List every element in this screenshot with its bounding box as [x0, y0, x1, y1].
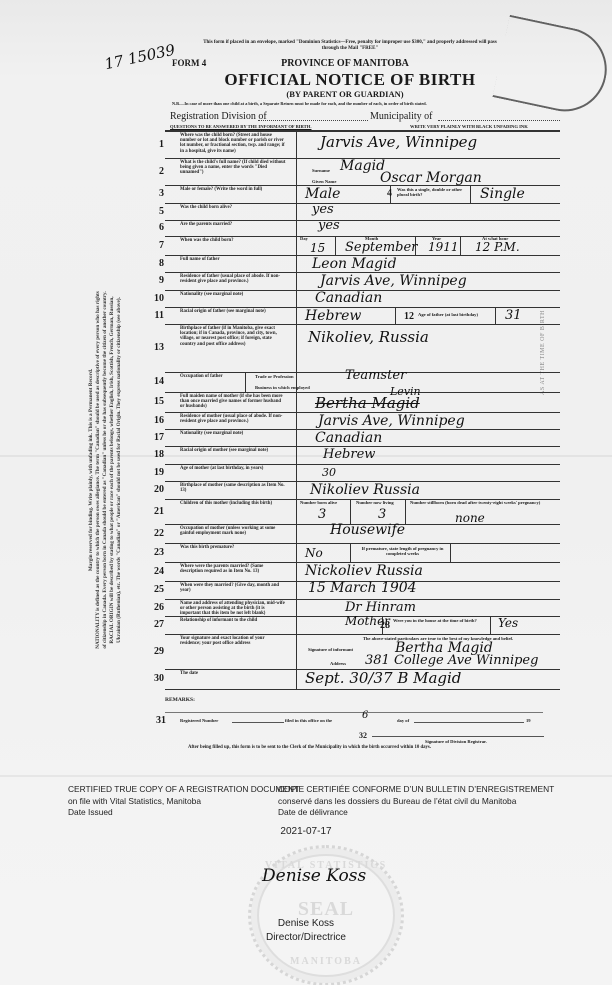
address-label: Address: [330, 661, 346, 666]
stillborn-label: Number stillborn (born dead after twenty…: [410, 500, 550, 505]
row-number: 14: [150, 376, 164, 387]
grid-line: [165, 392, 560, 393]
registrar-signature-label: Signature of Division Registrar.: [425, 739, 487, 744]
row-number: 5: [150, 206, 164, 217]
margin-line: of citizenship in Canada. Every person b…: [102, 160, 109, 780]
grid-divider: [490, 616, 491, 634]
row-number: 12: [400, 311, 414, 322]
municipality-field: [438, 120, 560, 121]
question-label: Was this birth premature?: [180, 545, 286, 550]
row-number: 13: [150, 342, 164, 353]
row-number: 15: [150, 396, 164, 407]
birth-hour-value: 12 P.M.: [475, 240, 520, 254]
question-label: Male or female? (Write the word in full): [180, 187, 286, 192]
grid-divider: [296, 131, 297, 689]
question-label: Racial origin of father (see marginal no…: [180, 309, 286, 314]
question-label: Are the parents married?: [180, 222, 286, 227]
month-field: [414, 722, 524, 723]
physician-value: Dr Hinram: [345, 600, 416, 615]
question-label: Where were the parents married? (Same de…: [180, 564, 286, 574]
registration-division-field: [258, 120, 368, 121]
row-number: 6: [150, 222, 164, 233]
row-number: 2: [150, 166, 164, 177]
born-alive-count: 3: [318, 507, 326, 522]
grid-line: [165, 324, 560, 325]
now-living-label: Number now living: [356, 500, 394, 505]
informant-signature-label: Signature of informant: [308, 647, 353, 652]
date-issued: 2021-07-17: [0, 826, 612, 838]
question-label: Racial origin of mother (see marginal no…: [180, 448, 286, 453]
row-number: 10: [150, 293, 164, 304]
birth-month-value: September: [345, 240, 417, 255]
trade-label: Trade or Profession: [255, 374, 294, 379]
day-label: Day: [300, 236, 308, 241]
row-number: 17: [150, 432, 164, 443]
question-label: Occupation of mother (unless working at …: [180, 526, 286, 536]
row-number: 21: [150, 506, 164, 517]
plural-birth-value: Single: [480, 186, 525, 202]
row-number: 9: [150, 275, 164, 286]
question-label: Was the child born alive?: [180, 205, 286, 210]
question-label: When were they married? (Give day, month…: [180, 583, 286, 593]
father-racial-origin-value: Hebrew: [305, 308, 361, 324]
document-page: 17 15039 This form if placed in an envel…: [0, 0, 612, 985]
filed-label: filed in this office on the: [285, 718, 332, 723]
grid-line: [165, 543, 560, 544]
margin-notes: Margin reserved for binding. Write plain…: [88, 160, 123, 780]
grid-divider: [450, 543, 451, 562]
marriage-date-value: 15 March 1904: [308, 580, 417, 596]
now-living-count: 3: [378, 507, 386, 522]
document-title: OFFICIAL NOTICE OF BIRTH: [160, 70, 540, 90]
row-number: 8: [150, 258, 164, 269]
cert-fr-line1: COPIE CERTIFIÉE CONFORME D’UN BULLETIN D…: [278, 784, 554, 796]
question-label: What is the child's full name? (If child…: [180, 160, 286, 176]
signer-title: Director/Directrice: [0, 931, 612, 945]
mother-maiden-name-correction: Levin: [390, 385, 421, 398]
grid-divider: [350, 543, 351, 562]
questions-header: QUESTIONS TO BE ANSWERED BY THE INFORMAN…: [170, 124, 311, 129]
certification-english: CERTIFIED TRUE COPY OF A REGISTRATION DO…: [68, 784, 299, 819]
surname-value: Magid: [340, 158, 385, 174]
signer-block: Denise Koss Director/Directrice: [0, 917, 612, 945]
given-name-label: Given Name: [312, 179, 336, 184]
relationship-value: Mother: [345, 614, 390, 628]
birth-year-value: 1911: [428, 240, 459, 254]
row-number: 11: [150, 310, 164, 321]
cert-en-line2: on file with Vital Statistics, Manitoba: [68, 796, 299, 808]
row-number: 1: [150, 139, 164, 150]
remarks-label: REMARKS:: [165, 697, 195, 703]
grid-line: [165, 220, 560, 221]
grid-divider: [405, 499, 406, 524]
father-birthplace-value: Nikoliev, Russia: [308, 328, 429, 346]
envelope-note: This form if placed in an envelope, mark…: [195, 40, 505, 52]
day-of-label: day of: [397, 718, 409, 723]
birth-day-value: 15: [310, 241, 325, 255]
director-signature: Denise Koss: [262, 866, 366, 886]
margin-line: NATIONALITY is defined as the country to…: [95, 160, 102, 780]
plural-birth-label: Was this a single, double or other plura…: [397, 187, 467, 197]
cert-en-line1: CERTIFIED TRUE COPY OF A REGISTRATION DO…: [68, 784, 299, 796]
row-number: 23: [150, 547, 164, 558]
mother-racial-origin-value: Hebrew: [323, 447, 375, 462]
mother-occupation-value: Housewife: [330, 522, 405, 538]
father-residence-value: Jarvis Ave, Winnipeg: [320, 273, 467, 289]
row-number: 29: [150, 646, 164, 657]
registered-number-label: Registered Number: [180, 718, 218, 723]
father-age-label: Age of father (at last birthday): [418, 312, 498, 317]
row-number: 4: [378, 188, 392, 199]
row-number: 27: [150, 619, 164, 630]
born-alive-label: Number born alive: [300, 500, 337, 505]
row-number: 20: [150, 484, 164, 495]
row-number: 22: [150, 528, 164, 539]
grid-line: [165, 464, 560, 465]
mother-birthplace-value: Nikoliev Russia: [310, 482, 420, 498]
grid-divider: [350, 499, 351, 524]
informant-address: 381 College Ave Winnipeg: [365, 653, 538, 668]
premature-value: No: [305, 546, 323, 560]
document-subtitle: (BY PARENT OR GUARDIAN): [200, 89, 490, 99]
question-label: Age of mother (at last birthday, in year…: [180, 466, 286, 471]
stillborn-count: none: [455, 511, 485, 525]
sex-value: Male: [305, 186, 340, 202]
question-label: Where was the child born? (Street and ho…: [180, 133, 286, 154]
row-number: 31: [152, 715, 166, 726]
father-name-value: Leon Magid: [312, 256, 397, 272]
in-house-label: Were you in the house at the time of bir…: [393, 618, 483, 623]
question-label: Residence of mother (usual place of abod…: [180, 414, 286, 424]
signer-name: Denise Koss: [0, 917, 612, 931]
remarks-line: [165, 712, 543, 713]
question-label: Nationality (see marginal note): [180, 292, 286, 297]
father-nationality-value: Canadian: [315, 290, 382, 306]
mother-nationality-value: Canadian: [315, 430, 382, 446]
birthplace-value: Jarvis Ave, Winnipeg: [320, 133, 477, 151]
year-label: 19: [526, 718, 531, 723]
province-heading: PROVINCE OF MANITOBA: [200, 58, 490, 69]
row-number: 30: [150, 673, 164, 684]
seal-bottom-text: MANITOBA: [251, 956, 401, 967]
filed-day-value: 6: [362, 710, 368, 721]
right-margin-text: AS AT THE TIME OF BIRTH: [540, 310, 546, 395]
grid-line: [165, 307, 560, 308]
father-age-value: 31: [505, 308, 522, 323]
grid-divider: [460, 236, 461, 255]
question-label: Birthplace of mother (same description a…: [180, 483, 286, 493]
certification-french: COPIE CERTIFIÉE CONFORME D’UN BULLETIN D…: [278, 784, 554, 819]
born-alive-value: yes: [312, 202, 334, 217]
row-number: 19: [150, 467, 164, 478]
grid-divider: [470, 185, 471, 203]
question-label: When was the child born?: [180, 238, 286, 243]
nb-note: N.B.—In case of more than one child at a…: [172, 101, 562, 106]
question-label: Full maiden name of mother (if she has b…: [180, 394, 286, 410]
given-name-value: Oscar Morgan: [380, 170, 482, 186]
grid-line: [165, 689, 560, 690]
grid-line: [165, 634, 560, 635]
in-house-value: Yes: [498, 616, 518, 630]
grid-divider: [395, 307, 396, 324]
question-label: Full name of father: [180, 257, 286, 262]
question-label: Children of this mother (including this …: [180, 501, 286, 506]
row-number: 26: [150, 602, 164, 613]
surname-label: Surname: [312, 168, 330, 173]
cert-en-line3: Date Issued: [68, 807, 299, 819]
trade-value: Teamster: [345, 368, 406, 383]
registrar-signature-field: [372, 736, 544, 737]
row-number: 3: [150, 188, 164, 199]
cert-fr-line3: Date de délivrance: [278, 807, 554, 819]
municipality-label: Municipality of: [370, 111, 433, 122]
mother-residence-value: Jarvis Ave, Winnipeg: [318, 413, 465, 429]
row-number: 18: [150, 449, 164, 460]
row-number: 7: [150, 240, 164, 251]
registered-number-field: [232, 722, 284, 723]
grid-line: [165, 203, 560, 204]
mother-age-value: 30: [322, 466, 336, 479]
marriage-place-value: Nickoliev Russia: [305, 563, 423, 579]
premature-length-label: If premature, state length of pregnancy …: [360, 546, 445, 556]
question-label: Birthplace of father (if in Manitoba, gi…: [180, 326, 286, 347]
question-label: The date: [180, 671, 286, 676]
question-label: Nationality (see marginal note): [180, 431, 286, 436]
question-label: Relationship of informant to the child: [180, 618, 286, 623]
grid-line: [165, 130, 560, 132]
question-label: Your signature and exact location of you…: [180, 636, 286, 646]
question-label: Name and address of attending physician,…: [180, 601, 286, 617]
margin-line: Margin reserved for binding. Write plain…: [88, 160, 95, 780]
registration-division-label: Registration Division of: [170, 111, 267, 122]
margin-line: Ukrainian (Ruthenian), etc. The words "C…: [116, 160, 123, 780]
row-number: 32: [359, 731, 367, 740]
parents-married-value: yes: [318, 218, 340, 233]
row-number: 25: [150, 584, 164, 595]
business-label: Business in which employed: [255, 385, 310, 390]
cert-fr-line2: conservé dans les dossiers du Bureau de …: [278, 796, 554, 808]
date-signed-value: Sept. 30/37 B Magid: [305, 669, 461, 687]
ref-number: 17 15039: [103, 41, 177, 73]
grid-divider: [335, 236, 336, 255]
footer-note: After being filled up, this form is to b…: [188, 745, 518, 750]
row-number: 16: [150, 415, 164, 426]
question-label: Residence of father (usual place of abod…: [180, 274, 286, 284]
margin-line: RACIAL ORIGIN will be described by stati…: [109, 160, 116, 780]
row-number: 24: [150, 566, 164, 577]
ink-note: WRITE VERY PLAINLY WITH BLACK UNFADING I…: [410, 124, 528, 129]
